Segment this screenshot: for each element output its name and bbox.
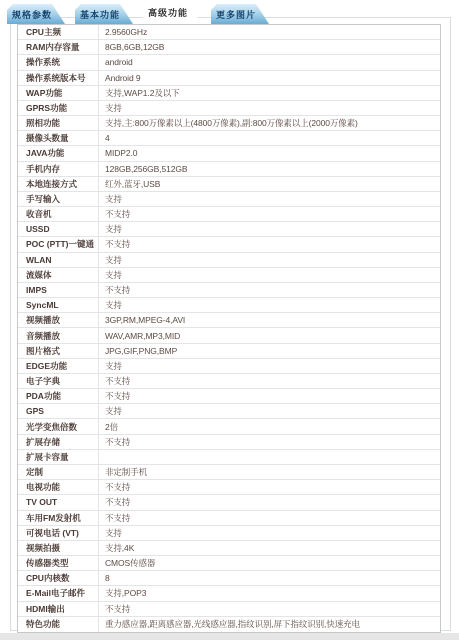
spec-label: TV OUT — [18, 495, 99, 509]
spec-row: 图片格式 JPG,GIF,PNG,BMP — [18, 344, 440, 359]
spec-value: 重力感应器,距离感应器,光线感应器,指纹识别,屏下指纹识别,快速充电 — [99, 617, 440, 632]
spec-value: 128GB,256GB,512GB — [99, 162, 440, 176]
spec-row: 车用FM发射机 不支持 — [18, 511, 440, 526]
spec-value: 支持,主:800万像素以上(4800万像素),副:800万像素以上(2000万像… — [99, 116, 440, 130]
page-bottom-margin — [0, 633, 459, 640]
spec-value: 支持 — [99, 404, 440, 418]
spec-value: 支持 — [99, 253, 440, 267]
spec-label: PDA功能 — [18, 389, 99, 403]
spec-row: 电视功能 不支持 — [18, 480, 440, 495]
spec-label: 视频拍摄 — [18, 541, 99, 555]
spec-row: 操作系统版本号 Android 9 — [18, 71, 440, 86]
spec-row: 扩展卡容量 — [18, 450, 440, 465]
spec-value: 支持,WAP1.2及以下 — [99, 86, 440, 100]
spec-value: 支持 — [99, 101, 440, 115]
spec-row: 视频播放 3GP,RM,MPEG-4,AVI — [18, 313, 440, 328]
spec-value: 支持 — [99, 526, 440, 540]
spec-row: USSD 支持 — [18, 222, 440, 237]
spec-label: 照相功能 — [18, 116, 99, 130]
spec-row: SyncML 支持 — [18, 298, 440, 313]
spec-row: EDGE功能 支持 — [18, 359, 440, 374]
spec-label: 光学变焦倍数 — [18, 419, 99, 433]
spec-row: 传感器类型 CMOS传感器 — [18, 556, 440, 571]
spec-label: 电子字典 — [18, 374, 99, 388]
tab-label: 高级功能 — [148, 6, 196, 19]
spec-row: 音频播放 WAV,AMR,MP3,MID — [18, 328, 440, 343]
spec-value: 不支持 — [99, 495, 440, 509]
spec-value: 红外,蓝牙,USB — [99, 177, 440, 191]
spec-value: CMOS传感器 — [99, 556, 440, 570]
spec-row: 照相功能 支持,主:800万像素以上(4800万像素),副:800万像素以上(2… — [18, 116, 440, 131]
spec-row: RAM内存容量 8GB,6GB,12GB — [18, 40, 440, 55]
spec-value: 支持 — [99, 298, 440, 312]
spec-label: JAVA功能 — [18, 146, 99, 160]
spec-label: IMPS — [18, 283, 99, 297]
spec-row: 电子字典 不支持 — [18, 374, 440, 389]
tab-label: 规格参数 — [12, 8, 60, 21]
spec-row: 手写输入 支持 — [18, 192, 440, 207]
spec-label: CPU主频 — [18, 25, 99, 39]
spec-label: 图片格式 — [18, 344, 99, 358]
spec-label: RAM内存容量 — [18, 40, 99, 54]
spec-row: 可视电话 (VT) 支持 — [18, 526, 440, 541]
spec-value: 不支持 — [99, 602, 440, 616]
spec-value: 支持 — [99, 222, 440, 236]
spec-row: PDA功能 不支持 — [18, 389, 440, 404]
spec-label: 手机内存 — [18, 162, 99, 176]
spec-label: GPRS功能 — [18, 101, 99, 115]
spec-row: 扩展存储 不支持 — [18, 435, 440, 450]
tab-specs[interactable]: 规格参数 — [7, 4, 65, 24]
spec-row: CPU内核数 8 — [18, 571, 440, 586]
spec-label: 视频播放 — [18, 313, 99, 327]
spec-row: IMPS 不支持 — [18, 283, 440, 298]
spec-label: 车用FM发射机 — [18, 511, 99, 525]
spec-value: 不支持 — [99, 389, 440, 403]
spec-value: 8 — [99, 571, 440, 585]
spec-value: 不支持 — [99, 283, 440, 297]
spec-label: WLAN — [18, 253, 99, 267]
spec-label: E-Mail电子邮件 — [18, 586, 99, 600]
tab-more-images[interactable]: 更多图片 — [211, 4, 269, 24]
spec-label: 扩展存储 — [18, 435, 99, 449]
spec-row: 光学变焦倍数 2倍 — [18, 419, 440, 434]
spec-value: 支持 — [99, 359, 440, 373]
spec-value: 2倍 — [99, 419, 440, 433]
spec-value: android — [99, 55, 440, 69]
spec-value: JPG,GIF,PNG,BMP — [99, 344, 440, 358]
spec-label: 操作系统版本号 — [18, 71, 99, 85]
spec-row: 手机内存 128GB,256GB,512GB — [18, 162, 440, 177]
spec-value: 不支持 — [99, 207, 440, 221]
spec-value: 支持 — [99, 268, 440, 282]
spec-label: 操作系统 — [18, 55, 99, 69]
spec-value: MIDP2.0 — [99, 146, 440, 160]
spec-value: 不支持 — [99, 374, 440, 388]
spec-row: 本地连接方式 红外,蓝牙,USB — [18, 177, 440, 192]
spec-label: 流媒体 — [18, 268, 99, 282]
tab-bar: 规格参数 基本功能 高级功能 更多图片 — [7, 2, 279, 24]
spec-row: WLAN 支持 — [18, 253, 440, 268]
spec-row: GPS 支持 — [18, 404, 440, 419]
tab-label: 基本功能 — [80, 8, 128, 21]
spec-row: 收音机 不支持 — [18, 207, 440, 222]
spec-row: 定制 非定制手机 — [18, 465, 440, 480]
spec-label: WAP功能 — [18, 86, 99, 100]
spec-value: 不支持 — [99, 237, 440, 251]
spec-row: 流媒体 支持 — [18, 268, 440, 283]
spec-row: HDMI输出 不支持 — [18, 602, 440, 617]
spec-label: CPU内核数 — [18, 571, 99, 585]
spec-label: 手写输入 — [18, 192, 99, 206]
tab-label: 更多图片 — [216, 8, 264, 21]
spec-value: 不支持 — [99, 435, 440, 449]
spec-row: 视频拍摄 支持,4K — [18, 541, 440, 556]
spec-row: 操作系统 android — [18, 55, 440, 70]
spec-label: POC (PTT)一键通 — [18, 237, 99, 251]
spec-row: CPU主频 2.9560GHz — [18, 25, 440, 40]
spec-row: TV OUT 不支持 — [18, 495, 440, 510]
spec-page: 规格参数 基本功能 高级功能 更多图片 CPU主频 2.9560GHz RAM内… — [0, 0, 459, 640]
spec-value: 支持 — [99, 192, 440, 206]
tab-basic-features[interactable]: 基本功能 — [75, 4, 133, 24]
spec-label: 音频播放 — [18, 328, 99, 342]
spec-label: EDGE功能 — [18, 359, 99, 373]
spec-row: JAVA功能 MIDP2.0 — [18, 146, 440, 161]
spec-label: USSD — [18, 222, 99, 236]
spec-value: 支持,4K — [99, 541, 440, 555]
spec-value: 4 — [99, 131, 440, 145]
spec-label: HDMI输出 — [18, 602, 99, 616]
spec-row: E-Mail电子邮件 支持,POP3 — [18, 586, 440, 601]
spec-label: 可视电话 (VT) — [18, 526, 99, 540]
spec-row: POC (PTT)一键通 不支持 — [18, 237, 440, 252]
spec-value: 2.9560GHz — [99, 25, 440, 39]
spec-label: 传感器类型 — [18, 556, 99, 570]
spec-label: 摄像头数量 — [18, 131, 99, 145]
spec-row: GPRS功能 支持 — [18, 101, 440, 116]
spec-value: 3GP,RM,MPEG-4,AVI — [99, 313, 440, 327]
spec-label: 特色功能 — [18, 617, 99, 632]
spec-value: 非定制手机 — [99, 465, 440, 479]
spec-value: Android 9 — [99, 71, 440, 85]
spec-value: WAV,AMR,MP3,MID — [99, 328, 440, 342]
spec-value: 8GB,6GB,12GB — [99, 40, 440, 54]
spec-label: 扩展卡容量 — [18, 450, 99, 464]
spec-label: GPS — [18, 404, 99, 418]
spec-label: 电视功能 — [18, 480, 99, 494]
spec-label: 本地连接方式 — [18, 177, 99, 191]
spec-row: 特色功能 重力感应器,距离感应器,光线感应器,指纹识别,屏下指纹识别,快速充电 — [18, 617, 440, 632]
tab-advanced-features[interactable]: 高级功能 — [143, 0, 201, 24]
spec-table: CPU主频 2.9560GHz RAM内存容量 8GB,6GB,12GB 操作系… — [17, 24, 441, 633]
spec-label: SyncML — [18, 298, 99, 312]
spec-value: 支持,POP3 — [99, 586, 440, 600]
spec-value — [99, 450, 440, 464]
spec-label: 收音机 — [18, 207, 99, 221]
spec-value: 不支持 — [99, 511, 440, 525]
spec-row: WAP功能 支持,WAP1.2及以下 — [18, 86, 440, 101]
spec-row: 摄像头数量 4 — [18, 131, 440, 146]
spec-label: 定制 — [18, 465, 99, 479]
spec-value: 不支持 — [99, 480, 440, 494]
